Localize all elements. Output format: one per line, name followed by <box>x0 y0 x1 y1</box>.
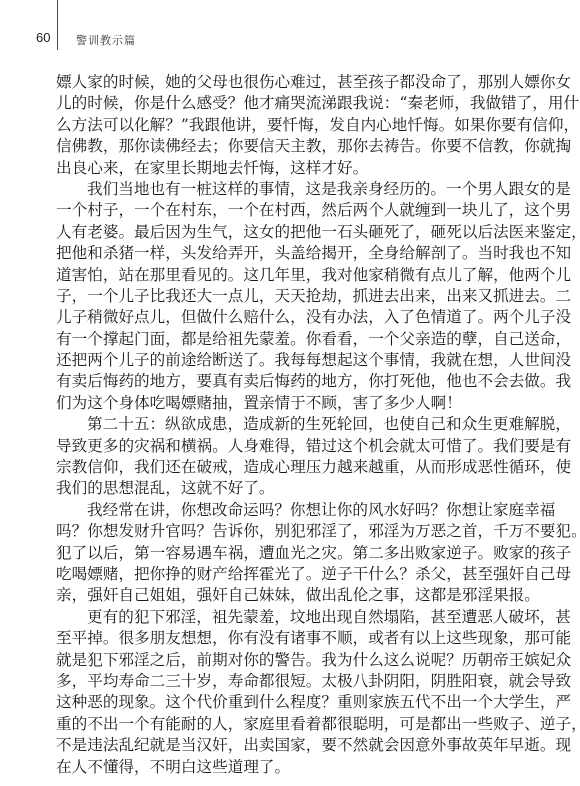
text-line: 在人不懂得，不明白这些道理了。 <box>56 757 524 778</box>
text-line: 第二十五：纵欲成患，造成新的生死轮回，也使自己和众生更难解脱， <box>56 414 524 435</box>
text-line: 我经常在讲，你想改命运吗？你想让你的风水好吗？你想让家庭幸福 <box>56 500 524 521</box>
text-line: 儿的时候，你是什么感受？他才痛哭流涕跟我说：“秦老师，我做错了，用什 <box>56 93 524 114</box>
header-divider <box>57 0 58 50</box>
text-line: 么方法可以化解？”我跟他讲，要忏悔，发自内心地忏悔。如果你要有信仰， <box>56 115 524 136</box>
text-line: 宗教信仰，我们还在破戒，造成心理压力越来越重，从而形成恶性循环，使 <box>56 457 524 478</box>
section-title: 警训教示篇 <box>76 32 136 48</box>
text-line: 导致更多的灾祸和横祸。人身难得，错过这个机会就太可惜了。我们要是有 <box>56 436 524 457</box>
text-line: 不是违法乱纪就是当汉奸，出卖国家，要不然就会因意外事故英年早逝。现 <box>56 735 524 756</box>
text-line: 我们当地也有一桩这样的事情，这是我亲身经历的。一个男人跟女的是 <box>56 179 524 200</box>
text-line: 嫖人家的时候，她的父母也很伤心难过，甚至孩子都没命了，那别人嫖你女 <box>56 72 524 93</box>
text-line: 道害怕，站在那里看见的。这几年里，我对他家稍微有点儿了解，他两个儿 <box>56 265 524 286</box>
text-line: 至平掉。很多朋友想想，你有没有诸事不顺，或者有以上这些现象，那可能 <box>56 628 524 649</box>
text-line: 把他和杀猪一样，头发给弄开，头盖给揭开，全身给解剖了。当时我也不知 <box>56 243 524 264</box>
page-number: 60 <box>36 30 50 45</box>
text-line: 犯了以后，第一容易遇车祸，遭血光之灾。第二多出败家逆子。败家的孩子 <box>56 543 524 564</box>
text-line: 一个村子，一个在村东，一个在村西，然后两个人就缠到一块儿了，这个男 <box>56 200 524 221</box>
text-line: 信佛教，那你读佛经去；你要信天主教，那你去祷告。你要不信教，你就掏 <box>56 136 524 157</box>
text-line: 有卖后悔药的地方，要真有卖后悔药的地方，你打死他，他也不会去做。我 <box>56 371 524 392</box>
text-line: 我们的思想混乱，这就不好了。 <box>56 478 524 499</box>
body-text: 嫖人家的时候，她的父母也很伤心难过，甚至孩子都没命了，那别人嫖你女儿的时候，你是… <box>56 72 524 778</box>
text-line: 就是犯下邪淫之后，前期对你的警告。我为什么这么说呢？历朝帝王嫔妃众 <box>56 650 524 671</box>
text-line: 子，一个儿子比我还大一点儿，天天抢劫，抓进去出来，出来又抓进去。二 <box>56 286 524 307</box>
text-line: 出良心来，在家里长期地去忏悔，这样才好。 <box>56 158 524 179</box>
text-line: 重的不出一个有能耐的人，家庭里看着都很聪明，可是都出一些败子、逆子， <box>56 714 524 735</box>
text-line: 有一个撑起门面，都是给祖先蒙羞。你看看，一个父亲造的孽，自己送命， <box>56 329 524 350</box>
text-line: 吗？你想发财升官吗？告诉你，别犯邪淫了，邪淫为万恶之首，千万不要犯。 <box>56 521 524 542</box>
text-line: 儿子稍微好点儿，但做什么赔什么，没有办法，入了色情道了。两个儿子没 <box>56 307 524 328</box>
text-line: 更有的犯下邪淫，祖先蒙羞，坟地出现自然塌陷，甚至遭恶人破坏，甚 <box>56 607 524 628</box>
page-header: 60 警训教示篇 <box>0 0 580 50</box>
text-line: 这种恶的现象。这个代价重到什么程度？重则家族五代不出一个大学生，严 <box>56 692 524 713</box>
text-line: 们为这个身体吃喝嫖赌抽，置亲情于不顾，害了多少人啊！ <box>56 393 524 414</box>
text-line: 吃喝嫖赌，把你挣的财产给挥霍光了。逆子干什么？杀父，甚至强奸自己母 <box>56 564 524 585</box>
text-line: 人有老婆。最后因为生气，这女的把他一石头砸死了，砸死以后法医来鉴定， <box>56 222 524 243</box>
text-line: 还把两个儿子的前途给断送了。我每每想起这个事情，我就在想，人世间没 <box>56 350 524 371</box>
text-line: 亲，强奸自己姐姐，强奸自己妹妹，做出乱伦之事，这都是邪淫果报。 <box>56 585 524 606</box>
text-line: 多，平均寿命二三十岁，寿命都很短。太极八卦阴阳，阴胜阳衰，就会导致 <box>56 671 524 692</box>
